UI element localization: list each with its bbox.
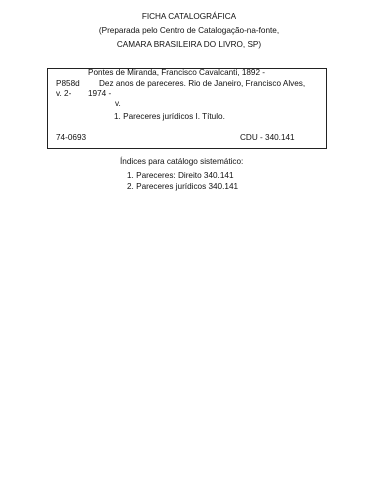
publication-year: 1974 - <box>88 89 111 98</box>
author-entry: Pontes de Miranda, Francisco Cavalcanti,… <box>88 68 265 77</box>
control-number: 74-0693 <box>56 133 86 142</box>
volume-number: v. 2- <box>56 89 71 98</box>
index-item: 2. Pareceres jurídicos 340.141 <box>127 182 238 191</box>
index-item: 1. Pareceres: Direito 340.141 <box>127 171 234 180</box>
call-number: P858d <box>56 79 80 88</box>
prepared-by-line: (Preparada pelo Centro de Catalogação-na… <box>0 26 378 35</box>
volumes-note: v. <box>115 99 121 108</box>
catalog-card-title: FICHA CATALOGRÁFICA <box>0 12 378 21</box>
cdu-classification: CDU - 340.141 <box>240 133 295 142</box>
title-entry: Dez anos de pareceres. Rio de Janeiro, F… <box>99 79 305 88</box>
subject-tracings: 1. Pareceres jurídicos I. Título. <box>114 112 225 121</box>
publisher-org-line: CAMARA BRASILEIRA DO LIVRO, SP) <box>0 40 378 49</box>
index-heading: Índices para catálogo sistemático: <box>120 157 243 166</box>
